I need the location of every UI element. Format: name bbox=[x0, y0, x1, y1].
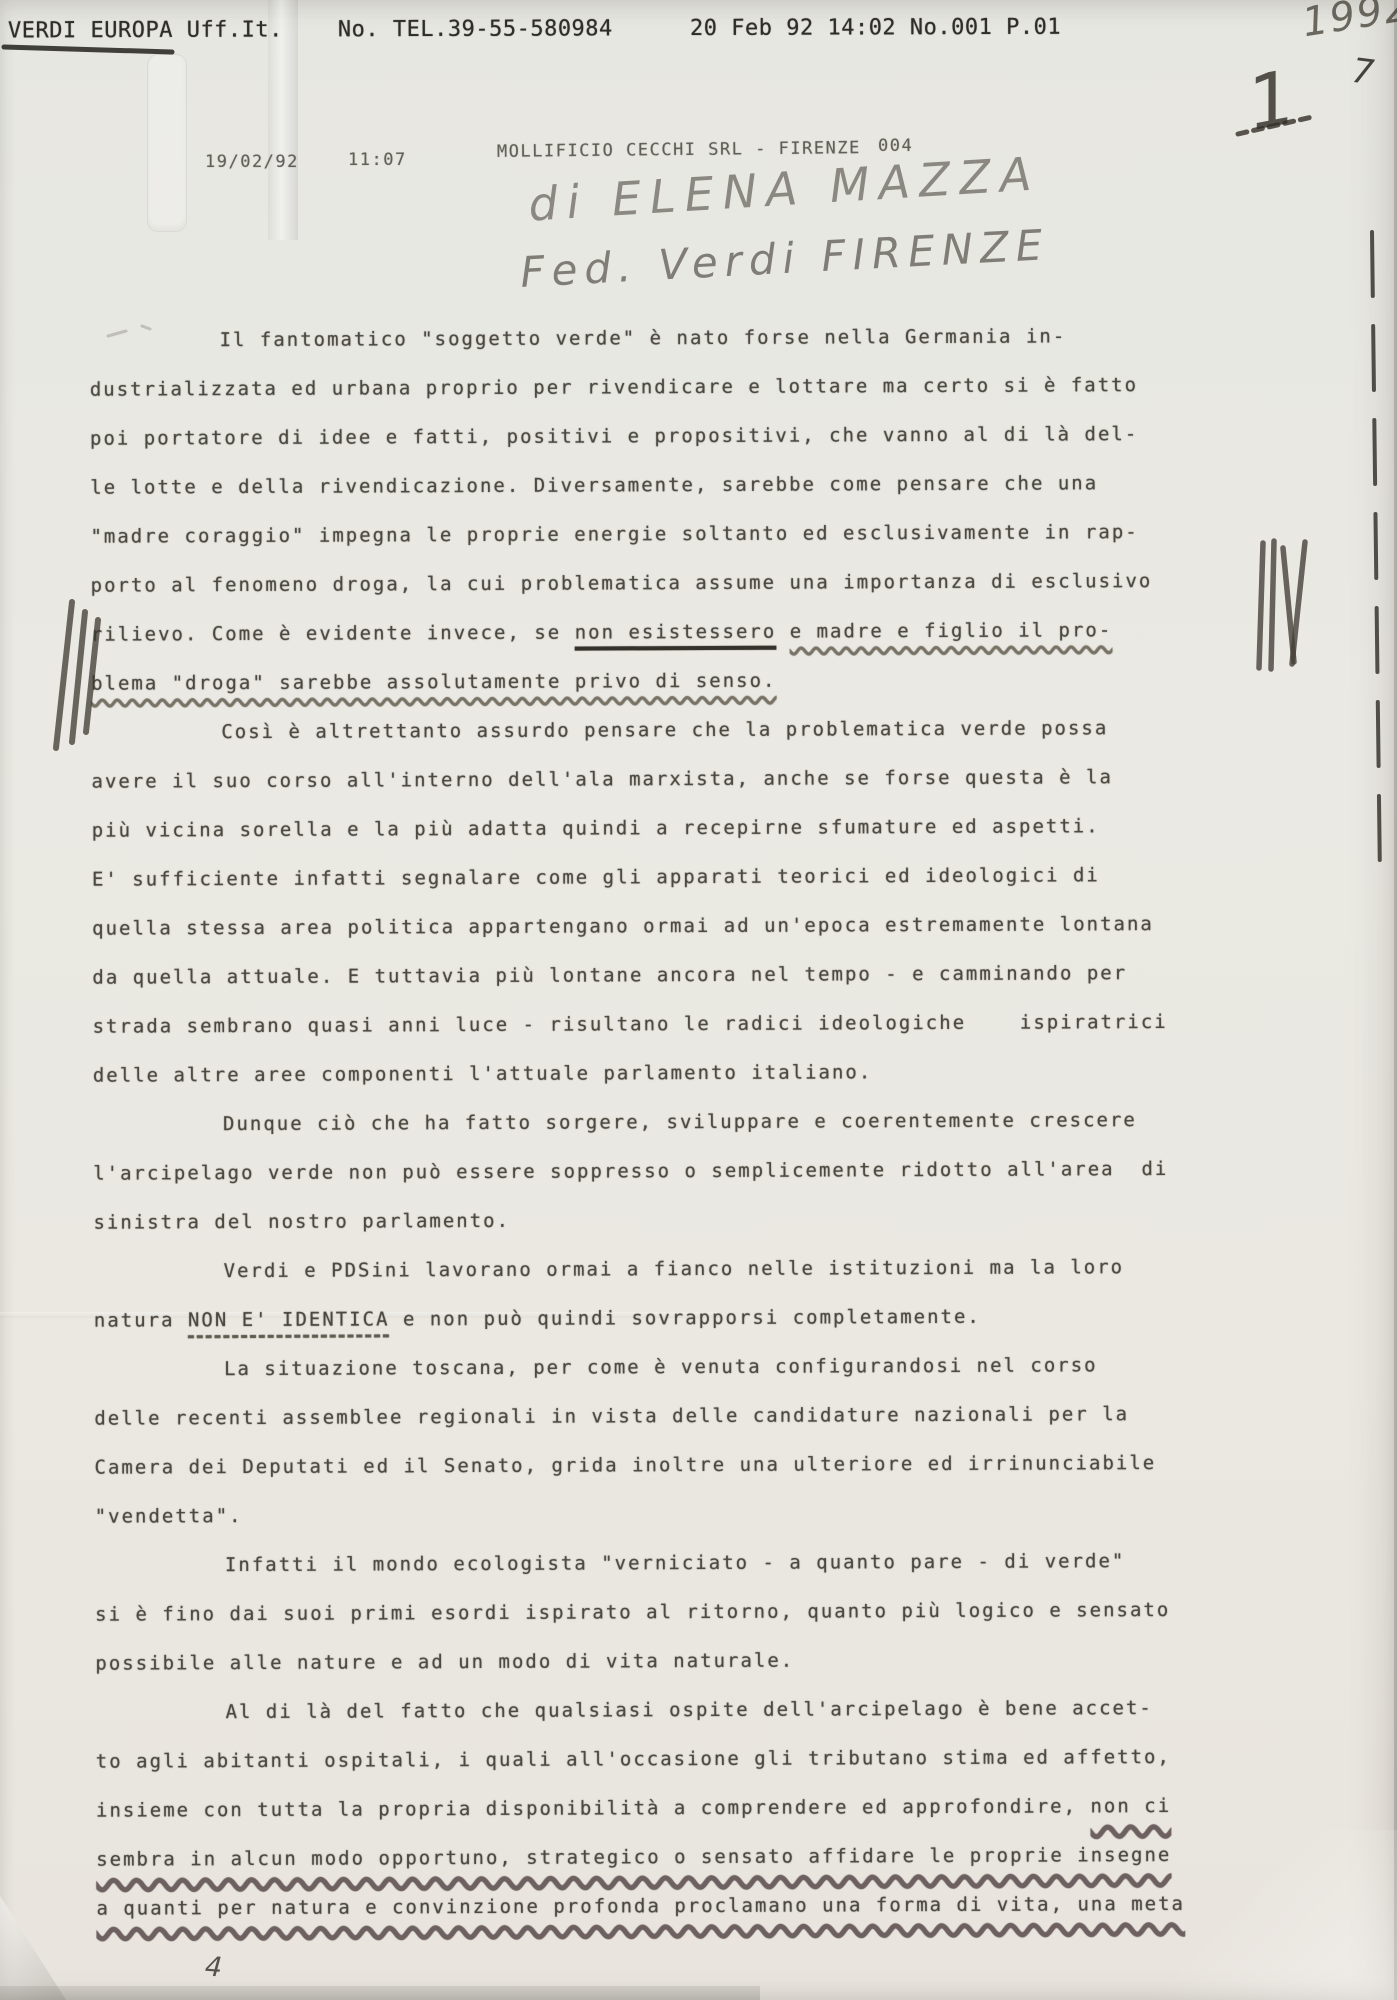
body-line: possibile alle nature e ad un modo di vi… bbox=[95, 1634, 1325, 1688]
body-line: natura NON E' IDENTICA e non può quindi … bbox=[94, 1291, 1324, 1345]
fax-page: VERDI EUROPA Uff.It. No. TEL.39-55-58098… bbox=[0, 0, 1397, 2000]
machine-time: 11:07 bbox=[348, 150, 407, 170]
body-line: E' sufficiente infatti segnalare come gl… bbox=[92, 850, 1322, 904]
body-line: "madre coraggio" impegna le proprie ener… bbox=[90, 507, 1320, 561]
document-body: Il fantomatico "soggetto verde" è nato f… bbox=[89, 311, 1326, 1933]
body-line: delle recenti assemblee regionali in vis… bbox=[94, 1389, 1324, 1443]
text-segment: "madre coraggio" impegna le proprie ener… bbox=[90, 521, 1138, 548]
body-line: Verdi e PDSini lavorano ormai a fianco n… bbox=[94, 1242, 1324, 1296]
body-line: Camera dei Deputati ed il Senato, grida … bbox=[94, 1438, 1324, 1492]
text-segment: delle recenti assemblee regionali in vis… bbox=[94, 1403, 1129, 1430]
body-line: porto al fenomeno droga, la cui problema… bbox=[91, 556, 1321, 610]
paragraph: Dunque ciò che ha fatto sorgere, svilupp… bbox=[93, 1095, 1324, 1247]
body-line: Al di là del fatto che qualsiasi ospite … bbox=[95, 1683, 1325, 1737]
text-segment: le lotte e della rivendicazione. Diversa… bbox=[90, 472, 1098, 498]
text-segment: insieme con tutta la propria disponibili… bbox=[96, 1795, 1091, 1821]
body-line: Infatti il mondo ecologista "verniciato … bbox=[95, 1536, 1325, 1590]
fax-sender-line: VERDI EUROPA Uff.It. No. TEL.39-55-58098… bbox=[8, 16, 613, 43]
underlined-text: non ci bbox=[1090, 1795, 1171, 1817]
underlined-text: a quanti per natura e convinzione profon… bbox=[96, 1893, 1185, 1920]
text-segment: dustrializzata ed urbana proprio per riv… bbox=[90, 374, 1138, 401]
text-segment: E' sufficiente infatti segnalare come gl… bbox=[92, 864, 1100, 890]
body-line: strada sembrano quasi anni luce - risult… bbox=[92, 997, 1322, 1051]
paragraph: Verdi e PDSini lavorano ormai a fianco n… bbox=[94, 1242, 1324, 1345]
body-line: dustrializzata ed urbana proprio per riv… bbox=[90, 360, 1320, 414]
bottom-paper-edge bbox=[0, 1986, 760, 2000]
text-segment: Verdi e PDSini lavorano ormai a fianco n… bbox=[224, 1256, 1125, 1282]
text-segment: Così è altrettanto assurdo pensare che l… bbox=[221, 717, 1108, 743]
body-line: l'arcipelago verde non può essere soppre… bbox=[93, 1144, 1323, 1198]
text-segment: strada sembrano quasi anni luce - risult… bbox=[93, 1011, 1168, 1038]
body-line: delle altre aree componenti l'attuale pa… bbox=[93, 1046, 1323, 1100]
body-line: insieme con tutta la propria disponibili… bbox=[96, 1781, 1326, 1835]
body-line: da quella attuale. E tuttavia più lontan… bbox=[92, 948, 1322, 1002]
paragraph: Infatti il mondo ecologista "verniciato … bbox=[95, 1536, 1326, 1688]
text-segment: quella stessa area politica appartengano… bbox=[92, 913, 1154, 940]
body-line: La situazione toscana, per come è venuta… bbox=[94, 1340, 1324, 1394]
machine-header: 19/02/92 11:07 MOLLIFICIO CECCHI SRL - F… bbox=[0, 140, 1397, 166]
text-segment: natura bbox=[94, 1309, 188, 1331]
text-segment: Infatti il mondo ecologista "verniciato … bbox=[225, 1550, 1126, 1576]
text-segment: da quella attuale. E tuttavia più lontan… bbox=[92, 962, 1127, 989]
text-segment: più vicina sorella e la più adatta quind… bbox=[92, 815, 1100, 841]
body-line: rilievo. Come è evidente invece, se non … bbox=[91, 605, 1321, 659]
body-line: più vicina sorella e la più adatta quind… bbox=[92, 801, 1322, 855]
body-line: "vendetta". bbox=[95, 1487, 1325, 1541]
paragraph: Il fantomatico "soggetto verde" è nato f… bbox=[89, 311, 1321, 708]
text-segment: poi portatore di idee e fatti, positivi … bbox=[90, 423, 1138, 450]
text-segment: possibile alle nature e ad un modo di vi… bbox=[95, 1650, 794, 1675]
body-line: quella stessa area politica appartengano… bbox=[92, 899, 1322, 953]
underlined-text: blema "droga" sarebbe assolutamente priv… bbox=[91, 670, 776, 695]
paragraph: La situazione toscana, per come è venuta… bbox=[94, 1340, 1325, 1541]
underlined-text: NON E' IDENTICA bbox=[188, 1308, 390, 1331]
text-segment: to agli abitanti ospitali, i quali all'o… bbox=[96, 1746, 1171, 1773]
text-segment: Al di là del fatto che qualsiasi ospite … bbox=[226, 1697, 1153, 1723]
body-line: to agli abitanti ospitali, i quali all'o… bbox=[96, 1732, 1326, 1786]
body-line: a quanti per natura e convinzione profon… bbox=[96, 1879, 1326, 1933]
paragraph: Così è altrettanto assurdo pensare che l… bbox=[91, 703, 1323, 1100]
text-segment: porto al fenomeno droga, la cui problema… bbox=[91, 570, 1153, 597]
body-line: Dunque ciò che ha fatto sorgere, svilupp… bbox=[93, 1095, 1323, 1149]
text-segment: Camera dei Deputati ed il Senato, grida … bbox=[94, 1452, 1156, 1479]
text-segment: e non può quindi sovrapporsi completamen… bbox=[389, 1306, 980, 1331]
body-line: Così è altrettanto assurdo pensare che l… bbox=[91, 703, 1321, 757]
machine-code: 004 bbox=[878, 136, 913, 156]
text-segment: delle altre aree componenti l'attuale pa… bbox=[93, 1061, 873, 1086]
text-segment: "vendetta". bbox=[95, 1505, 243, 1528]
handwritten-corner-mark: 7 bbox=[1350, 51, 1376, 93]
machine-date: 19/02/92 bbox=[205, 152, 299, 172]
body-line: le lotte e della rivendicazione. Diversa… bbox=[90, 458, 1320, 512]
text-segment: si è fino dai suoi primi esordi ispirato… bbox=[95, 1599, 1170, 1626]
body-line: avere il suo corso all'interno dell'ala … bbox=[91, 752, 1321, 806]
text-segment: sinistra del nostro parlamento. bbox=[93, 1210, 510, 1234]
body-line: Il fantomatico "soggetto verde" è nato f… bbox=[89, 311, 1319, 365]
fax-transmission-header: VERDI EUROPA Uff.It. No. TEL.39-55-58098… bbox=[0, 14, 1397, 53]
underlined-text: e madre e figlio il pro- bbox=[790, 619, 1113, 642]
body-line: sembra in alcun modo opportuno, strategi… bbox=[96, 1830, 1326, 1884]
text-segment: Dunque ciò che ha fatto sorgere, svilupp… bbox=[223, 1109, 1137, 1135]
text-segment: Il fantomatico "soggetto verde" è nato f… bbox=[220, 325, 1067, 351]
text-segment: La situazione toscana, per come è venuta… bbox=[224, 1354, 1098, 1380]
body-line: poi portatore di idee e fatti, positivi … bbox=[90, 409, 1320, 463]
body-line: sinistra del nostro parlamento. bbox=[93, 1193, 1323, 1247]
text-segment bbox=[776, 621, 790, 643]
underlined-text: non esistessero bbox=[575, 621, 777, 644]
handwritten-page-number: 1 bbox=[1240, 54, 1303, 147]
text-segment: l'arcipelago verde non può essere soppre… bbox=[93, 1158, 1168, 1185]
fax-datetime-page: 20 Feb 92 14:02 No.001 P.01 bbox=[690, 15, 1061, 41]
text-segment: avere il suo corso all'interno dell'ala … bbox=[91, 766, 1112, 792]
text-segment: rilievo. Come è evidente invece, se bbox=[91, 622, 575, 646]
paragraph: Al di là del fatto che qualsiasi ospite … bbox=[95, 1683, 1326, 1933]
body-line: si è fino dai suoi primi esordi ispirato… bbox=[95, 1585, 1325, 1639]
handwritten-recipient-line2: Fed. Verdi FIRENZE bbox=[519, 220, 1050, 297]
right-edge-pen-line bbox=[1372, 232, 1380, 880]
underlined-text: sembra in alcun modo opportuno, strategi… bbox=[96, 1844, 1171, 1871]
body-line: blema "droga" sarebbe assolutamente priv… bbox=[91, 654, 1321, 708]
machine-company: MOLLIFICIO CECCHI SRL - FIRENZE bbox=[497, 138, 861, 162]
handwritten-bottom-mark: 4 bbox=[204, 1951, 223, 1983]
